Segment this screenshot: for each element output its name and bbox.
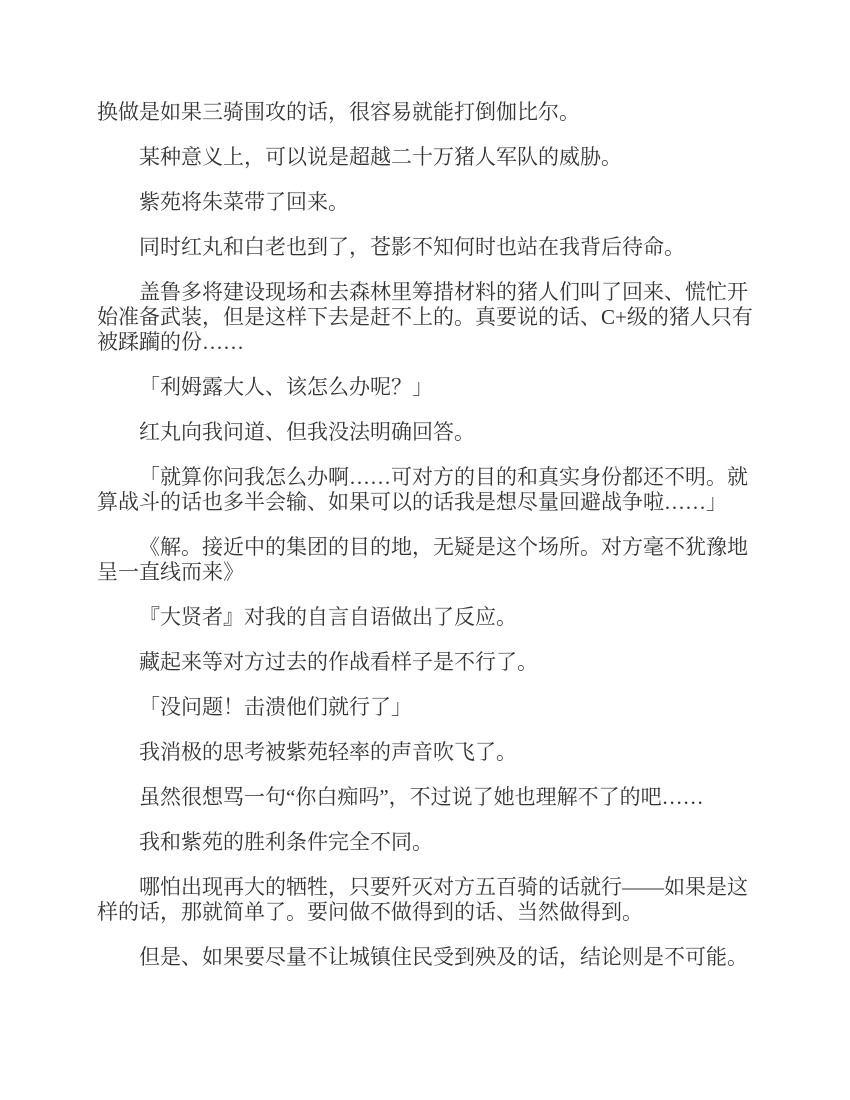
paragraph: 某种意义上，可以说是超越二十万猪人军队的威胁。 — [97, 145, 760, 170]
paragraph: 「就算你问我怎么办啊……可对方的目的和真实身份都还不明。就算战斗的话也多半会输、… — [97, 465, 760, 515]
document-body: 换做是如果三骑围攻的话，很容易就能打倒伽比尔。某种意义上，可以说是超越二十万猪人… — [97, 100, 760, 970]
paragraph: 换做是如果三骑围攻的话，很容易就能打倒伽比尔。 — [97, 100, 760, 125]
paragraph: 哪怕出现再大的牺牲，只要歼灭对方五百骑的话就行——如果是这样的话，那就简单了。要… — [97, 875, 760, 925]
paragraph: 盖鲁多将建设现场和去森林里筹措材料的猪人们叫了回来、慌忙开始准备武装，但是这样下… — [97, 280, 760, 355]
paragraph: 《解。接近中的集团的目的地，无疑是这个场所。对方毫不犹豫地呈一直线而来》 — [97, 535, 760, 585]
paragraph: 虽然很想骂一句“你白痴吗”，不过说了她也理解不了的吧…… — [97, 785, 760, 810]
paragraph: 红丸向我问道、但我没法明确回答。 — [97, 420, 760, 445]
paragraph: 同时红丸和白老也到了，苍影不知何时也站在我背后待命。 — [97, 235, 760, 260]
paragraph: 藏起来等对方过去的作战看样子是不行了。 — [97, 650, 760, 675]
paragraph: 我消极的思考被紫苑轻率的声音吹飞了。 — [97, 740, 760, 765]
paragraph: 「没问题！击溃他们就行了」 — [97, 695, 760, 720]
paragraph: 紫苑将朱菜带了回来。 — [97, 190, 760, 215]
paragraph: 『大贤者』对我的自言自语做出了反应。 — [97, 605, 760, 630]
paragraph: 但是、如果要尽量不让城镇住民受到殃及的话，结论则是不可能。 — [97, 945, 760, 970]
paragraph: 「利姆露大人、该怎么办呢？」 — [97, 375, 760, 400]
document-page: 换做是如果三骑围攻的话，很容易就能打倒伽比尔。某种意义上，可以说是超越二十万猪人… — [0, 0, 850, 1100]
paragraph: 我和紫苑的胜利条件完全不同。 — [97, 830, 760, 855]
